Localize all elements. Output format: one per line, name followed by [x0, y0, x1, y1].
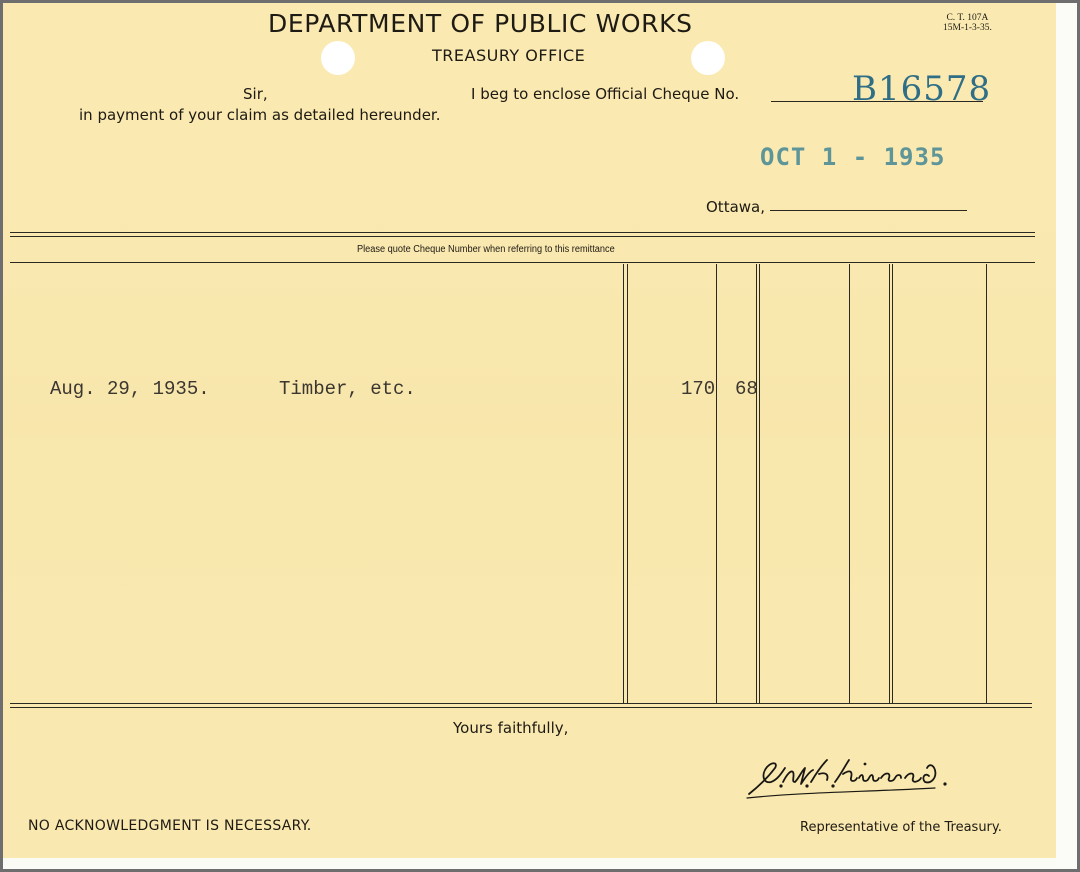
- bottom-rule-2: [10, 707, 1032, 708]
- place-label: Ottawa,: [706, 198, 765, 216]
- column-line: [892, 264, 893, 703]
- paper-bottom-edge: [3, 858, 1056, 866]
- item-description: Timber, etc.: [279, 378, 416, 400]
- form-code-line1: C. T. 107A: [943, 13, 992, 23]
- item-date: Aug. 29, 1935.: [50, 378, 210, 400]
- quote-notice: Please quote Cheque Number when referrin…: [357, 244, 615, 255]
- column-line: [759, 264, 760, 703]
- punch-hole-right: [691, 41, 725, 75]
- date-stamp: OCT 1 - 1935: [760, 143, 945, 171]
- payment-text: in payment of your claim as detailed her…: [79, 106, 440, 124]
- bottom-rule-1: [10, 703, 1032, 704]
- signature: [745, 748, 955, 808]
- form-code: C. T. 107A 15M-1-3-35.: [943, 13, 992, 33]
- header-bottom-rule: [10, 262, 1035, 263]
- no-acknowledgment-notice: NO ACKNOWLEDGMENT IS NECESSARY.: [28, 818, 312, 834]
- office-subtitle: TREASURY OFFICE: [432, 46, 585, 65]
- item-cents: 68: [735, 378, 758, 400]
- top-rule-1: [10, 232, 1035, 233]
- cheque-number: B16578: [852, 69, 991, 109]
- column-line: [849, 264, 850, 703]
- enclose-text: I beg to enclose Official Cheque No.: [471, 85, 739, 103]
- department-title: DEPARTMENT OF PUBLIC WORKS: [268, 9, 693, 38]
- signature-icon: [745, 748, 955, 803]
- signer-title: Representative of the Treasury.: [800, 820, 1002, 835]
- column-line: [986, 264, 987, 703]
- column-line: [756, 264, 757, 703]
- closing-text: Yours faithfully,: [453, 719, 568, 737]
- column-line: [716, 264, 717, 703]
- item-dollars: 170: [681, 378, 715, 400]
- top-rule-2: [10, 236, 1035, 237]
- column-line: [627, 264, 628, 703]
- punch-hole-left: [321, 41, 355, 75]
- salutation: Sir,: [243, 85, 268, 103]
- column-line: [623, 264, 624, 703]
- form-code-line2: 15M-1-3-35.: [943, 23, 992, 33]
- column-line: [889, 264, 890, 703]
- place-date-line: [770, 210, 967, 211]
